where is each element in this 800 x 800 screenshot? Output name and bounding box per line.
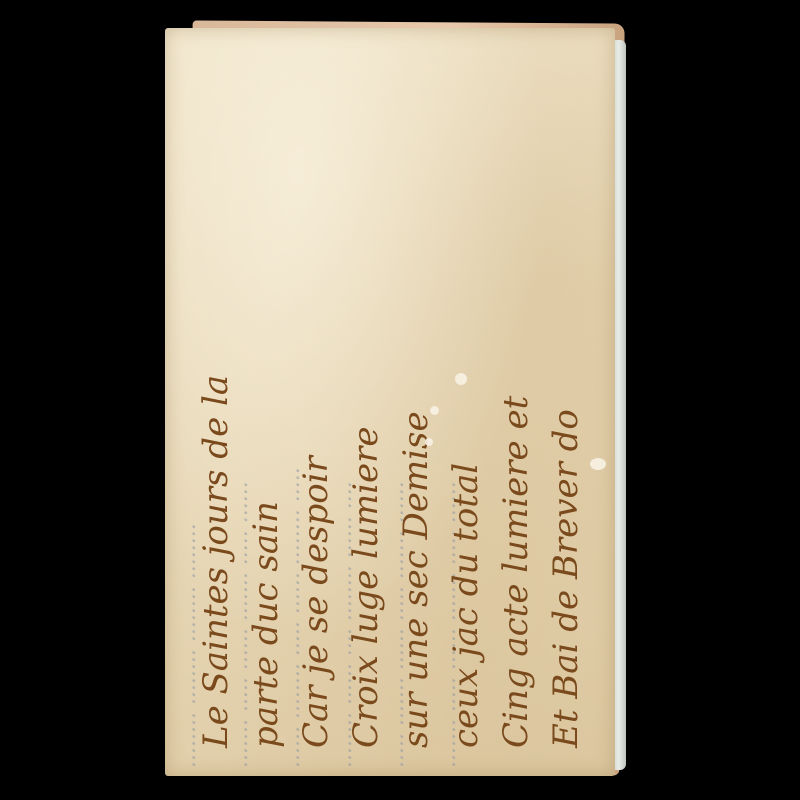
- ink-line: Et Bai de Brever do: [546, 409, 586, 749]
- paper-spot: [455, 373, 467, 385]
- photo-stage: ........ ........ ........ .............…: [0, 0, 800, 800]
- ink-line: Croix luge lumiere: [346, 427, 386, 748]
- ink-line: Car je se despoir: [296, 454, 336, 748]
- paper-spot: [430, 406, 439, 415]
- ink-line: parte duc sain: [246, 501, 286, 748]
- ink-line: Le Saintes jours de la: [196, 375, 236, 749]
- handwriting-layer: ........ ........ ........ .............…: [165, 28, 615, 776]
- paper-spot: [425, 438, 433, 446]
- ink-line: Cing acte lumiere et: [496, 395, 536, 748]
- ink-line: sur une sec Demise: [396, 411, 436, 748]
- ink-line: ceux jac du total: [446, 463, 486, 748]
- paper-spot: [590, 458, 606, 470]
- parchment-cover: ........ ........ ........ .............…: [165, 28, 615, 776]
